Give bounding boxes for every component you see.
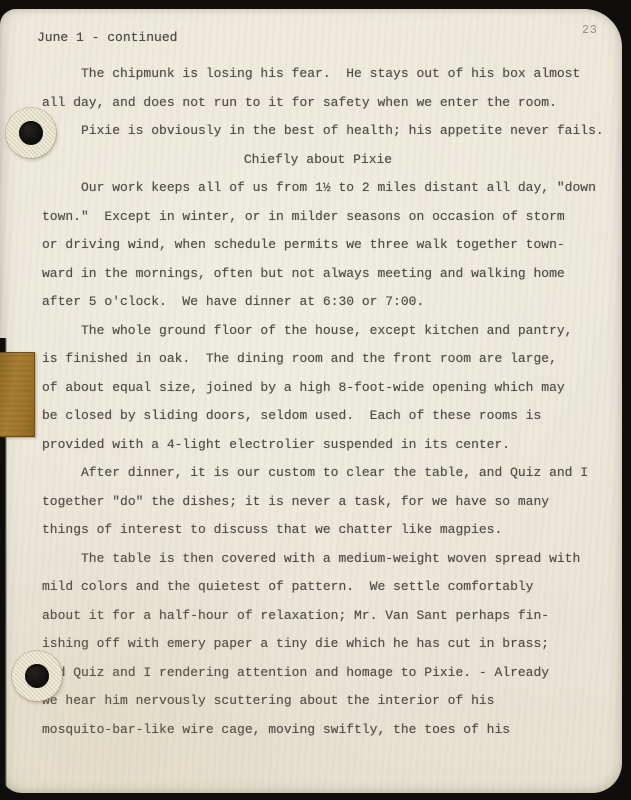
text-line: mild colors and the quietest of pattern.… (42, 573, 608, 602)
text-line: town." Except in winter, or in milder se… (42, 203, 608, 232)
text-line: about it for a half-hour of relaxation; … (42, 602, 608, 631)
text-line: we hear him nervously scuttering about t… (42, 687, 608, 716)
typewritten-text-block: The chipmunk is losing his fear. He stay… (42, 60, 608, 744)
text-line: ward in the mornings, often but not alwa… (42, 260, 608, 289)
entry-date-header: June 1 - continued (37, 30, 177, 46)
punch-hole-icon (25, 664, 49, 688)
binding-tape (0, 352, 35, 437)
text-line: or driving wind, when schedule permits w… (42, 231, 608, 260)
scanned-page-scene: June 1 - continued 23 The chipmunk is lo… (0, 0, 631, 800)
hole-punch-bottom (12, 651, 62, 701)
text-line: The whole ground floor of the house, exc… (42, 317, 608, 346)
text-line: mosquito-bar-like wire cage, moving swif… (42, 716, 608, 745)
text-line: Pixie is obviously in the best of health… (42, 117, 608, 146)
text-line: all day, and does not run to it for safe… (42, 89, 608, 118)
text-line: after 5 o'clock. We have dinner at 6:30 … (42, 288, 608, 317)
punch-hole-icon (19, 121, 43, 145)
text-line: and Quiz and I rendering attention and h… (42, 659, 608, 688)
text-line: provided with a 4-light electrolier susp… (42, 431, 608, 460)
text-line: be closed by sliding doors, seldom used.… (42, 402, 608, 431)
text-line: together "do" the dishes; it is never a … (42, 488, 608, 517)
page-number: 23 (582, 24, 598, 37)
text-line: Our work keeps all of us from 1½ to 2 mi… (42, 174, 608, 203)
hole-punch-top (6, 108, 56, 158)
text-line: The table is then covered with a medium-… (42, 545, 608, 574)
text-line: The chipmunk is losing his fear. He stay… (42, 60, 608, 89)
text-line: is finished in oak. The dining room and … (42, 345, 608, 374)
section-heading: Chiefly about Pixie (42, 146, 608, 175)
text-line: of about equal size, joined by a high 8-… (42, 374, 608, 403)
text-line: After dinner, it is our custom to clear … (42, 459, 608, 488)
text-line: ishing off with emery paper a tiny die w… (42, 630, 608, 659)
text-line: things of interest to discuss that we ch… (42, 516, 608, 545)
journal-page: June 1 - continued 23 The chipmunk is lo… (0, 9, 622, 793)
